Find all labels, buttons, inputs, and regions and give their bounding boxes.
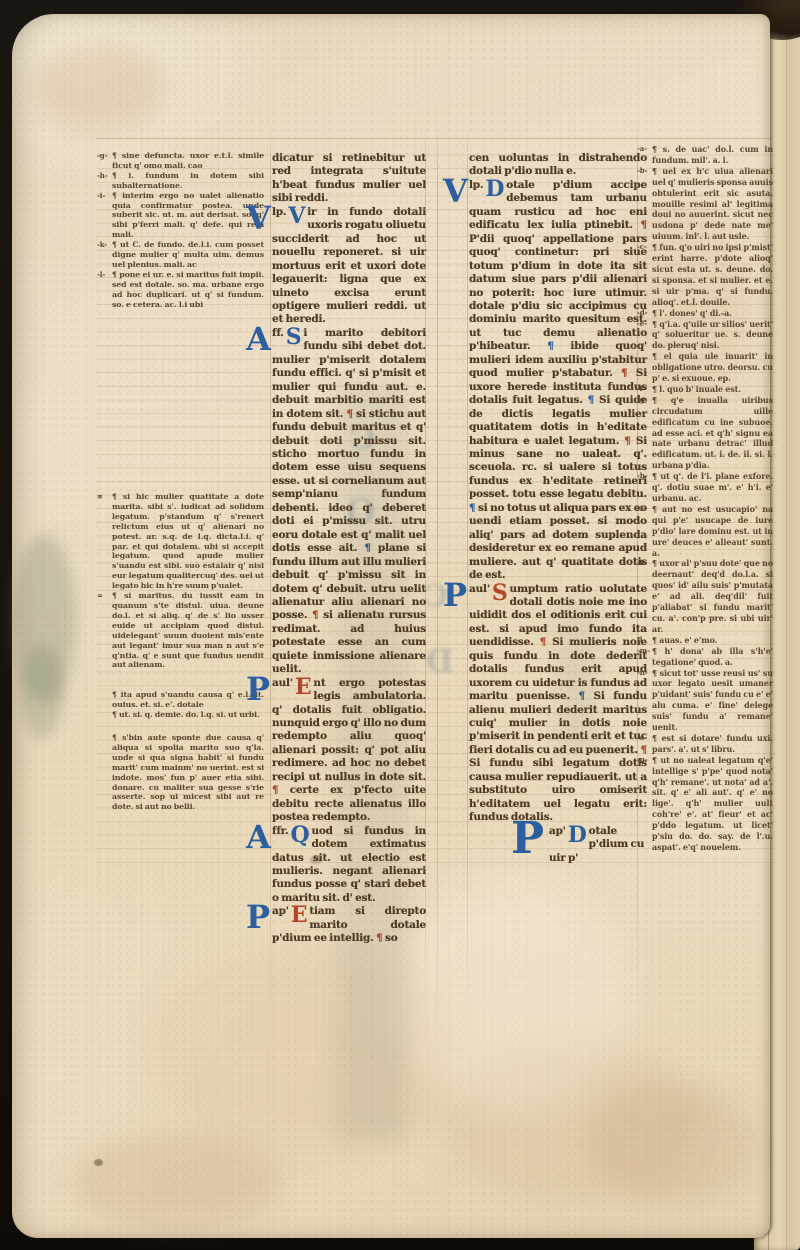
text-segment: V lp. D otale p'dium accipe debemus tam … <box>469 179 647 583</box>
gloss-entry: -i-¶ aut no est usucapio' na qui p'e' us… <box>652 504 773 559</box>
paragraph-mark: ¶ <box>621 367 627 379</box>
jurist-initial: P <box>246 674 270 704</box>
jurist-initial: P <box>511 819 544 859</box>
gloss-entry: -f-¶ l. quo b' inuale est. <box>652 384 773 395</box>
text-segment: P aul' S umptum ratio uolutate dotali do… <box>469 583 647 825</box>
text-segment: A ff. S i marito debitori fundu sibi deb… <box>272 327 426 677</box>
paragraph-mark: ¶ <box>469 502 475 514</box>
gloss-text: ¶ fun. q'o uiri no ipsi p'mist' erint ha… <box>652 242 773 307</box>
paragraph-mark: ¶ <box>641 219 647 231</box>
gloss-text: ¶ s. de uac' do.l. cum in fundum. mil'. … <box>652 144 773 165</box>
paragraph-mark: ¶ <box>624 435 630 447</box>
gloss-entry: -g-¶ sine defuncta. uxor e.t.l. simile f… <box>112 151 264 171</box>
drop-cap-initial: E <box>295 677 314 697</box>
gloss-text: ¶ uel ex h'c uiua alienari uel q' mulier… <box>652 166 773 241</box>
gloss-text: ¶ sine defuncta. uxor e.t.l. simile ficu… <box>112 151 264 170</box>
paragraph-mark: ¶ <box>272 784 278 796</box>
gloss-text: ¶ ut q'. de l'i. plane exfore. q'. dotiu… <box>652 471 773 503</box>
gloss-right-column: -a-¶ s. de uac' do.l. cum in fundum. mil… <box>652 144 773 853</box>
jurist-abbreviation: aul' <box>469 583 492 596</box>
stain <box>20 644 64 739</box>
gloss-text: ¶ aut no est usucapio' na qui p'e' usuca… <box>652 504 773 558</box>
gothic-text: dicatur si retinebitur ut red integrata … <box>272 152 426 204</box>
gloss-text: ¶ ut C. de fundo. de.l.i. cum posset dig… <box>112 240 264 269</box>
ruling-line-top <box>96 138 772 139</box>
paragraph-mark: ¶ <box>540 636 546 648</box>
gloss-left-block-3: ¶ ita apud s'uandu causa q' e.l.sit. oui… <box>112 690 264 720</box>
gloss-entry: -i-¶ interim ergo no ualet alienatio qui… <box>112 191 264 241</box>
gloss-entry: -l-¶ pone ei ur. e. si maritus fuit impi… <box>112 270 264 310</box>
jurist-initial: V <box>443 176 468 206</box>
jurist-abbreviation: aul' <box>272 677 295 690</box>
jurist-abbreviation: lp. <box>469 179 485 192</box>
gloss-tie-mark: -l- <box>637 635 645 646</box>
gloss-tie-mark: -i- <box>97 191 105 201</box>
paragraph-mark: ¶ <box>312 609 318 621</box>
text-segment: P ap' E tiam si direpto marito dotale p'… <box>272 905 426 945</box>
gloss-entry: -d-¶ l'. dones' q' di.-a. <box>652 308 773 319</box>
paragraph-mark: ¶ <box>547 340 553 352</box>
gloss-entry: -k-¶ ut C. de fundo. de.l.i. cum posset … <box>112 240 264 270</box>
gloss-text: ¶ auas. e' e'mo. <box>652 635 717 645</box>
gloss-entry: ¶ ita apud s'uandu causa q' e.l.sit. oui… <box>112 690 264 710</box>
gloss-left-block-1: -g-¶ sine defuncta. uxor e.t.l. simile f… <box>112 151 264 310</box>
jurist-initial: V <box>246 203 271 233</box>
gloss-tie-mark: -o- <box>637 733 647 744</box>
gloss-left-block-4: ¶ s'bin aute sponte due causa q' aliqua … <box>112 733 264 812</box>
gloss-entry: -b-¶ uel ex h'c uiua alienari uel q' mul… <box>652 166 773 242</box>
jurist-initial: A <box>246 324 271 354</box>
gloss-entry: -p-¶ ut no ualeat legatum q'e' intellige… <box>652 755 773 853</box>
gloss-entry: ¶ el quia ule inuarit' in obligatione ut… <box>652 351 773 384</box>
jurist-initial: P <box>443 580 467 610</box>
paragraph-mark: ¶ <box>376 932 382 944</box>
text-segment: A ffr. Q uod si fundus in dotem extimatu… <box>272 825 426 906</box>
gloss-tie-mark: -g- <box>97 151 107 161</box>
gloss-tie-mark: -g- <box>637 395 647 406</box>
gloss-text: ¶ q'e inualla uiribus circudatum uille e… <box>652 395 773 470</box>
paragraph-mark: ¶ <box>346 408 352 420</box>
stain <box>72 1134 282 1229</box>
gloss-tie-mark: -f- <box>637 384 645 395</box>
text-segment: cen uoluntas in distrahendo dotali p'dio… <box>469 152 647 179</box>
gothic-text: i marito debitori fundu sibi debet dot. … <box>272 327 426 675</box>
jurist-abbreviation: ap' <box>272 905 291 918</box>
gloss-left-block-2: ≡¶ si hic mulier quatitate a dote marita… <box>112 492 264 670</box>
paragraph-mark: ¶ <box>588 394 594 406</box>
gloss-text: ¶ uxor al' p'suu dote' que no deernaut' … <box>652 558 773 633</box>
gloss-entry: ¶ s'bin aute sponte due causa q' aliqua … <box>112 733 264 812</box>
ink-speck <box>94 1159 103 1166</box>
gloss-text: ¶ est si dotare' fundu uxi. pars'. a'. u… <box>652 733 773 754</box>
gloss-tie-mark: -l- <box>97 270 105 280</box>
gloss-tie-mark: ≡ <box>97 492 103 502</box>
gloss-tie-mark: -n- <box>637 668 648 679</box>
manuscript-photo: C O C D -g-¶ sine defuncta. uxor e.t.l. … <box>0 0 800 1250</box>
gloss-text: ¶ ita apud s'uandu causa q' e.l.sit. oui… <box>112 690 264 709</box>
gloss-text: ¶ l. quo b' inuale est. <box>652 384 741 394</box>
drop-cap-initial: S <box>286 327 304 347</box>
gloss-text: ¶ interim ergo no ualet alienatio quia c… <box>112 191 264 240</box>
main-text-column-2: cen uoluntas in distrahendo dotali p'dio… <box>469 152 647 865</box>
gloss-text: ¶ sicut tot' usse reusi us' su uxor lega… <box>652 668 773 733</box>
gloss-text: ¶ ut. si. q. demie. do. l.q. si. ut urbi… <box>112 710 260 719</box>
gothic-text: otale p'dium accipe debemus tam urbanu q… <box>469 179 647 581</box>
ruling-line-vertical <box>270 122 271 1052</box>
gothic-text: umptum ratio uolutate dotali dotis noie … <box>469 583 647 824</box>
gloss-tie-mark: -d- <box>637 308 647 319</box>
gloss-tie-mark: -k- <box>97 240 107 250</box>
gloss-tie-mark: -e- <box>637 319 647 330</box>
gloss-tie-mark: -p- <box>637 755 647 766</box>
gloss-text: ¶ i. fundum in dotem sibi subalternation… <box>112 171 264 190</box>
gloss-text: ¶ si hic mulier quatitate a dote marita.… <box>112 492 264 590</box>
gloss-text: ¶ el quia ule inuarit' in obligatione ut… <box>652 351 773 383</box>
gothic-text: cen uoluntas in distrahendo dotali p'dio… <box>469 152 647 177</box>
jurist-abbreviation: lp. <box>272 206 288 219</box>
gloss-tie-mark: -m- <box>637 646 650 657</box>
gloss-tie-mark: -h- <box>637 471 648 482</box>
gloss-entry: -l-¶ auas. e' e'mo. <box>652 635 773 646</box>
drop-cap-initial: E <box>291 905 310 925</box>
text-segment: P aul' E nt ergo potestas legis ambulato… <box>272 677 426 825</box>
drop-cap-initial: Q <box>290 825 311 845</box>
drop-cap-initial: D <box>568 825 589 845</box>
gloss-entry: ≡¶ si hic mulier quatitate a dote marita… <box>112 492 264 591</box>
gloss-entry: -g-¶ q'e inualla uiribus circudatum uill… <box>652 395 773 471</box>
jurist-initial: P <box>246 902 270 932</box>
ruling-line-vertical <box>467 122 468 1052</box>
gloss-tie-mark: -h- <box>97 171 108 181</box>
gloss-entry: -n-¶ sicut tot' usse reusi us' su uxor l… <box>652 668 773 733</box>
show-through-letter: D <box>426 642 454 680</box>
gloss-entry: =¶ si maritus. du iussit eam in quanum s… <box>112 591 264 670</box>
text-segment: P ap' D otale p'dium cu uir p' <box>549 825 647 865</box>
gloss-entry: -o-¶ est si dotare' fundu uxi. pars'. a'… <box>652 733 773 755</box>
gloss-entry: -e-¶ q'i.a. q'uile ur silios' uerit' q' … <box>652 319 773 352</box>
stain <box>392 874 632 1114</box>
gloss-entry: -a-¶ s. de uac' do.l. cum in fundum. mil… <box>652 144 773 166</box>
stain <box>587 1084 757 1204</box>
gloss-entry: ¶ ut. si. q. demie. do. l.q. si. ut urbi… <box>112 710 264 720</box>
jurist-abbreviation: ap' <box>549 825 568 838</box>
gloss-text: ¶ si maritus. du iussit eam in quanum s'… <box>112 591 264 669</box>
gloss-tie-mark: -c- <box>637 242 647 253</box>
paragraph-mark: ¶ <box>578 690 584 702</box>
jurist-initial: A <box>246 822 271 852</box>
gloss-entry: -c-¶ fun. q'o uiri no ipsi p'mist' erint… <box>652 242 773 307</box>
main-text-column-1: dicatur si retinebitur ut red integrata … <box>272 152 426 946</box>
gloss-text: ¶ h' dona' ab illa s'h'e' tegatione' quo… <box>652 646 773 667</box>
paragraph-mark: ¶ <box>364 542 370 554</box>
gloss-tie-mark: -k- <box>637 558 647 569</box>
drop-cap-initial: V <box>288 206 307 226</box>
stain <box>32 44 162 129</box>
gloss-text: ¶ pone ei ur. e. si maritus fuit impii. … <box>112 270 264 309</box>
gloss-entry: -h-¶ i. fundum in dotem sibi subalternat… <box>112 171 264 191</box>
text-segment: dicatur si retinebitur ut red integrata … <box>272 152 426 206</box>
gloss-entry: -m-¶ h' dona' ab illa s'h'e' tegatione' … <box>652 646 773 668</box>
gloss-text: ¶ l'. dones' q' di.-a. <box>652 308 732 318</box>
gloss-text: ¶ q'i.a. q'uile ur silios' uerit' q' sol… <box>652 319 773 351</box>
gloss-tie-mark: -i- <box>637 504 645 515</box>
gloss-entry: -h-¶ ut q'. de l'i. plane exfore. q'. do… <box>652 471 773 504</box>
gloss-tie-mark: = <box>97 591 103 601</box>
gloss-tie-mark: -b- <box>637 166 647 177</box>
page-edge-line <box>786 20 787 1250</box>
jurist-abbreviation: ffr. <box>272 825 290 838</box>
gloss-tie-mark: -a- <box>637 144 647 155</box>
text-segment: V lp. V ir in fundo dotali uxoris rogatu… <box>272 206 426 327</box>
gloss-text: ¶ s'bin aute sponte due causa q' aliqua … <box>112 733 264 811</box>
jurist-abbreviation: ff. <box>272 327 286 340</box>
drop-cap-initial: D <box>485 179 506 199</box>
drop-cap-initial: S <box>492 583 510 603</box>
gloss-text: ¶ ut no ualeat legatum q'e' intellige s'… <box>652 755 773 852</box>
gloss-entry: -k-¶ uxor al' p'suu dote' que no deernau… <box>652 558 773 634</box>
